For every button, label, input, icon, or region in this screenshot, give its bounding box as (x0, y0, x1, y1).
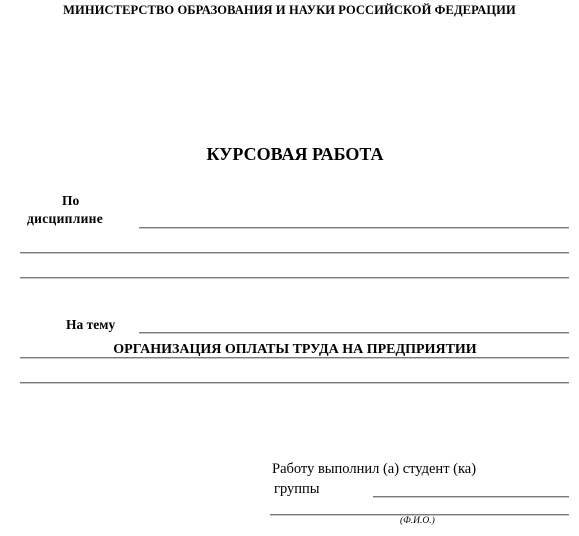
discipline-field-line-2[interactable] (20, 252, 569, 254)
document-title: КУРСОВАЯ РАБОТА (0, 144, 579, 165)
group-field[interactable] (373, 496, 569, 498)
group-label: группы (274, 481, 320, 498)
discipline-field-line-3[interactable] (20, 277, 569, 279)
fio-caption: (Ф.И.О.) (400, 516, 435, 526)
topic-field-line-3[interactable] (20, 382, 569, 384)
author-label: Работу выполнил (а) студент (ка) (272, 461, 476, 478)
discipline-field[interactable] (139, 227, 569, 229)
ministry-header: МИНИСТЕРСТВО ОБРАЗОВАНИЯ И НАУКИ РОССИЙС… (0, 3, 579, 18)
discipline-label-line1: По (62, 193, 79, 209)
topic-field-line-2[interactable] (20, 357, 569, 359)
topic-label: На тему (66, 317, 115, 333)
topic-field-line-1[interactable] (139, 332, 569, 334)
discipline-label-line2: дисциплине (27, 211, 103, 227)
topic-value: ОРГАНИЗАЦИЯ ОПЛАТЫ ТРУДА НА ПРЕДПРИЯТИИ (0, 342, 579, 358)
